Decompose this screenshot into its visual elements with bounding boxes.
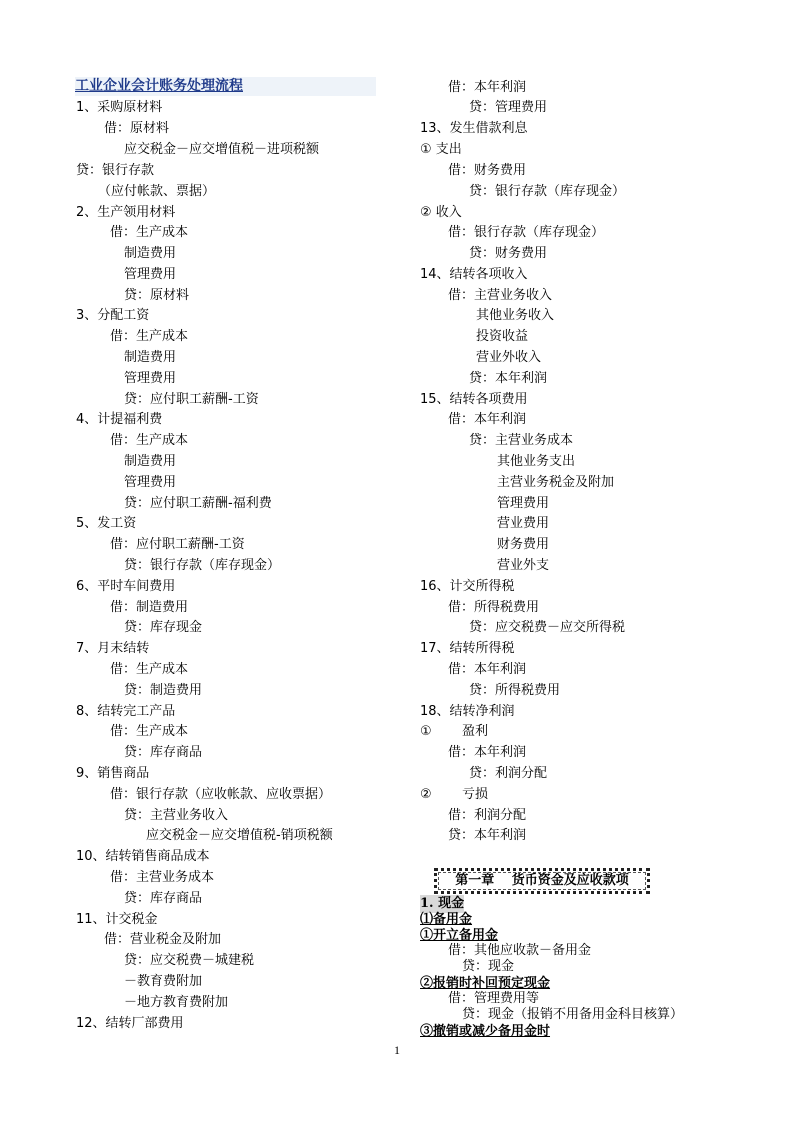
entry-line: 借：所得税费用 bbox=[448, 599, 539, 617]
entry-line: 借：本年利润 bbox=[448, 661, 526, 679]
entry-line: 营业外支 bbox=[497, 557, 549, 575]
entry-line: 借：原材料 bbox=[104, 120, 169, 138]
entry-line: 8、结转完工产品 bbox=[76, 703, 175, 721]
entry-line: ① 支出 bbox=[420, 141, 462, 159]
entry-line: 管理费用 bbox=[124, 370, 176, 388]
entry-line: 17、结转所得税 bbox=[420, 640, 515, 658]
entry-line: 营业费用 bbox=[497, 515, 549, 533]
entry-line: 贷：主营业务收入 bbox=[124, 807, 228, 825]
entry-line: 贷：管理费用 bbox=[469, 99, 547, 117]
entry-line: 借：本年利润 bbox=[448, 744, 526, 762]
document-title: 工业企业会计账务处理流程 bbox=[75, 77, 376, 96]
entry-line: 借：本年利润 bbox=[448, 79, 526, 97]
entry-line: 贷：库存商品 bbox=[124, 744, 202, 762]
entry-line: 制造费用 bbox=[124, 453, 176, 471]
entry-line: 贷：财务费用 bbox=[469, 245, 547, 263]
entry-line: 盈利 bbox=[462, 723, 488, 741]
chapter-heading: 第一章 货币资金及应收款项 bbox=[434, 868, 650, 894]
entry-line: 借：利润分配 bbox=[448, 807, 526, 825]
entry-line: 18、结转净利润 bbox=[420, 703, 515, 721]
entry-line: 应交税金－应交增值税－进项税额 bbox=[124, 141, 319, 159]
entry-line: 贷：库存现金 bbox=[124, 619, 202, 637]
entry-line: 借：生产成本 bbox=[110, 723, 188, 741]
entry-line: －地方教育费附加 bbox=[124, 994, 228, 1012]
entry-line: 主营业务税金及附加 bbox=[497, 474, 614, 492]
entry-line: 9、销售商品 bbox=[76, 765, 149, 783]
entry-line: 1、采购原材料 bbox=[76, 99, 162, 117]
entry-line: 其他业务支出 bbox=[497, 453, 575, 471]
entry-line: 借：银行存款（库存现金） bbox=[448, 224, 604, 242]
entry-line: 贷：银行存款（库存现金） bbox=[124, 557, 280, 575]
entry-line: 借：生产成本 bbox=[110, 224, 188, 242]
entry-line: 13、发生借款利息 bbox=[420, 120, 528, 138]
entry-line: 16、计交所得税 bbox=[420, 578, 515, 596]
entry-line: 借：主营业务收入 bbox=[448, 287, 552, 305]
entry-line: 贷：主营业务成本 bbox=[469, 432, 573, 450]
entry-line: 亏损 bbox=[462, 786, 488, 804]
entry-line: 贷：利润分配 bbox=[469, 765, 547, 783]
entry-line: 借：制造费用 bbox=[110, 599, 188, 617]
entry-line: 贷：应交税费－应交所得税 bbox=[469, 619, 625, 637]
entry-line: 12、结转厂部费用 bbox=[76, 1015, 184, 1033]
entry-line: 财务费用 bbox=[497, 536, 549, 554]
entry-line: 5、发工资 bbox=[76, 515, 136, 533]
entry-line: 借：本年利润 bbox=[448, 411, 526, 429]
entry-line: 贷：库存商品 bbox=[124, 890, 202, 908]
entry-line: 其他业务收入 bbox=[476, 307, 554, 325]
entry-line: 制造费用 bbox=[124, 349, 176, 367]
entry-line: 管理费用 bbox=[124, 266, 176, 284]
entry-line: 借：银行存款（应收帐款、应收票据） bbox=[110, 786, 331, 804]
entry-line: 贷：应付职工薪酬-工资 bbox=[124, 391, 259, 409]
entry-line: ① bbox=[420, 723, 432, 741]
entry-credit: 贷：现金（报销不用备用金科目核算） bbox=[462, 1007, 683, 1023]
entry-debit: 借：管理费用等 bbox=[448, 991, 539, 1007]
entry-line: 贷：应付职工薪酬-福利费 bbox=[124, 495, 272, 513]
entry-line: 6、平时车间费用 bbox=[76, 578, 175, 596]
entry-line: 借：财务费用 bbox=[448, 162, 526, 180]
entry-line: 14、结转各项收入 bbox=[420, 266, 528, 284]
entry-line: 管理费用 bbox=[124, 474, 176, 492]
entry-line: －教育费附加 bbox=[124, 973, 202, 991]
entry-debit: 借：其他应收款－备用金 bbox=[448, 943, 591, 959]
entry-line: 贷：银行存款 bbox=[76, 162, 154, 180]
entry-line: ② bbox=[420, 786, 432, 804]
entry-line: 贷：原材料 bbox=[124, 287, 189, 305]
page-number: 1 bbox=[394, 1043, 400, 1058]
entry-line: 4、计提福利费 bbox=[76, 411, 162, 429]
entry-line: 营业外收入 bbox=[476, 349, 541, 367]
entry-line: 贷：应交税费－城建税 bbox=[124, 952, 254, 970]
entry-line: 15、结转各项费用 bbox=[420, 391, 528, 409]
entry-line: 借：生产成本 bbox=[110, 661, 188, 679]
entry-line: 借：主营业务成本 bbox=[110, 869, 214, 887]
entry-line: 11、计交税金 bbox=[76, 911, 158, 929]
entry-line: 10、结转销售商品成本 bbox=[76, 848, 210, 866]
entry-line: （应付帐款、票据） bbox=[98, 183, 215, 201]
entry-line: 3、分配工资 bbox=[76, 307, 149, 325]
entry-line: 借：生产成本 bbox=[110, 328, 188, 346]
entry-line: 贷：所得税费用 bbox=[469, 682, 560, 700]
entry-credit: 贷：现金 bbox=[462, 959, 514, 975]
entry-line: 贷：本年利润 bbox=[448, 827, 526, 845]
entry-line: ② 收入 bbox=[420, 204, 462, 222]
entry-line: 应交税金－应交增值税-销项税额 bbox=[146, 827, 333, 845]
entry-line: 贷：银行存款（库存现金） bbox=[469, 183, 625, 201]
entry-line: 借：营业税金及附加 bbox=[104, 931, 221, 949]
entry-line: 贷：本年利润 bbox=[469, 370, 547, 388]
entry-line: 7、月末结转 bbox=[76, 640, 149, 658]
entry-line: 借：应付职工薪酬-工资 bbox=[110, 536, 245, 554]
subsection-cancel-petty-cash: ③撤销或减少备用金时 bbox=[420, 1023, 550, 1041]
entry-line: 投资收益 bbox=[476, 328, 528, 346]
entry-line: 制造费用 bbox=[124, 245, 176, 263]
entry-line: 2、生产领用材料 bbox=[76, 204, 175, 222]
entry-line: 借：生产成本 bbox=[110, 432, 188, 450]
entry-line: 管理费用 bbox=[497, 495, 549, 513]
entry-line: 贷：制造费用 bbox=[124, 682, 202, 700]
